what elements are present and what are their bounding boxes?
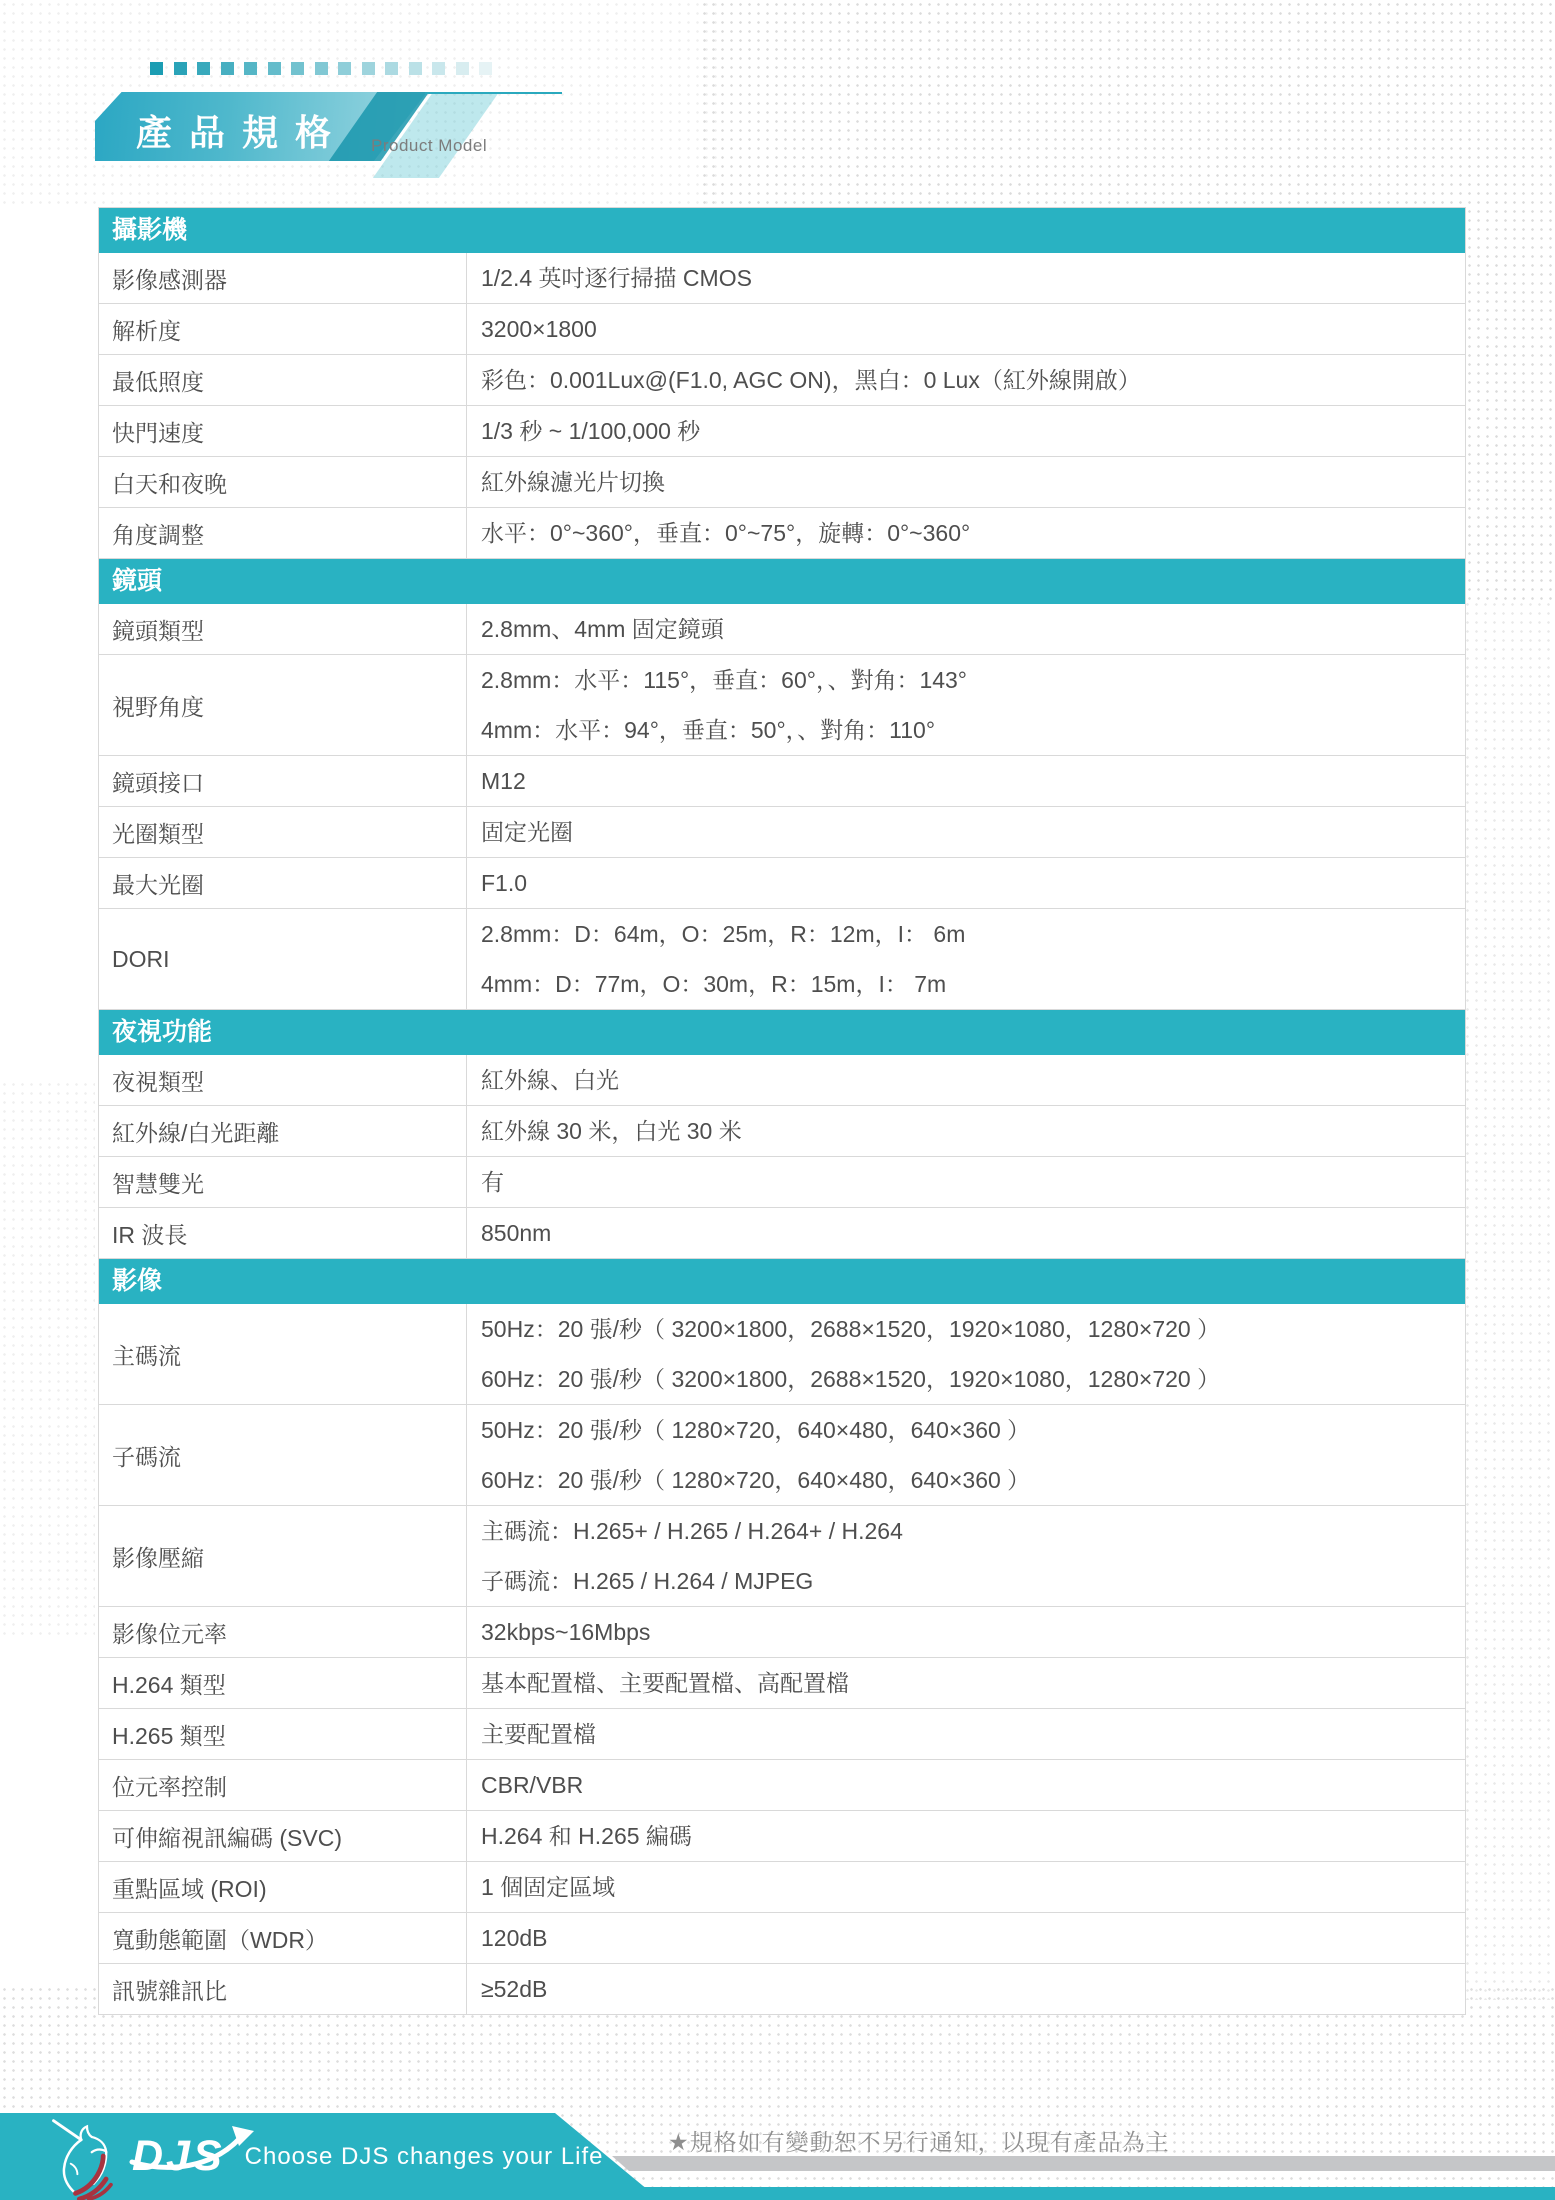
footer-note: ★規格如有變動恕不另行通知，以現有產品為主 (668, 2124, 1170, 2157)
spec-value-line: 2.8mm：水平：115°，垂直：60°，、對角：143° (481, 655, 1457, 705)
spec-value-line: 1/2.4 英吋逐行掃描 CMOS (481, 253, 1457, 303)
spec-row: 光圈類型固定光圈 (99, 807, 1465, 858)
spec-value: 120dB (467, 1913, 1465, 1963)
spec-value-line: 32kbps~16Mbps (481, 1607, 1457, 1657)
square-decoration (479, 62, 492, 75)
spec-row: 影像壓縮主碼流：H.265+ / H.265 / H.264+ / H.264子… (99, 1506, 1465, 1607)
spec-row: 主碼流50Hz：20 張/秒（ 3200×1800，2688×1520，1920… (99, 1304, 1465, 1405)
spec-label: H.265 類型 (99, 1709, 467, 1759)
spec-row: 解析度3200×1800 (99, 304, 1465, 355)
square-decoration (409, 62, 422, 75)
spec-value: 2.8mm：水平：115°，垂直：60°，、對角：143°4mm：水平：94°，… (467, 655, 1465, 755)
spec-value: F1.0 (467, 858, 1465, 908)
square-decoration (174, 62, 187, 75)
halftone-pattern (0, 1080, 95, 1640)
square-decoration (291, 62, 304, 75)
spec-row: 子碼流50Hz：20 張/秒（ 1280×720，640×480，640×360… (99, 1405, 1465, 1506)
spec-row: IR 波長850nm (99, 1208, 1465, 1259)
spec-label: 快門速度 (99, 406, 467, 456)
spec-value: 1/3 秒 ~ 1/100,000 秒 (467, 406, 1465, 456)
section-header: 夜視功能 (99, 1010, 1465, 1055)
square-decoration (362, 62, 375, 75)
spec-value-line: 60Hz：20 張/秒（ 1280×720，640×480，640×360 ） (481, 1455, 1457, 1505)
footer-banner: DJS Choose DJS changes your Life (0, 2113, 660, 2200)
spec-label: 紅外線/白光距離 (99, 1106, 467, 1156)
djs-logo-text: DJS (132, 2132, 225, 2180)
spec-row: H.265 類型主要配置檔 (99, 1709, 1465, 1760)
section-header: 影像 (99, 1259, 1465, 1304)
spec-label: 主碼流 (99, 1304, 467, 1404)
spec-label: 最低照度 (99, 355, 467, 405)
spec-value-line: 120dB (481, 1913, 1457, 1963)
square-decoration (221, 62, 234, 75)
spec-row: H.264 類型基本配置檔、主要配置檔、高配置檔 (99, 1658, 1465, 1709)
spec-label: 最大光圈 (99, 858, 467, 908)
spec-label: 白天和夜晚 (99, 457, 467, 507)
spec-value-line: 水平：0°~360°，垂直：0°~75°，旋轉：0°~360° (481, 508, 1457, 558)
spec-value-line: 主要配置檔 (481, 1709, 1457, 1759)
header-squares-decoration (150, 62, 503, 76)
spec-value: 1/2.4 英吋逐行掃描 CMOS (467, 253, 1465, 303)
footer-gray-strip (612, 2156, 1555, 2171)
spec-value-line: 850nm (481, 1208, 1457, 1258)
spec-value-line: 固定光圈 (481, 807, 1457, 857)
spec-value-line: 1/3 秒 ~ 1/100,000 秒 (481, 406, 1457, 456)
spec-row: 位元率控制CBR/VBR (99, 1760, 1465, 1811)
spec-label: 可伸縮視訊編碼 (SVC) (99, 1811, 467, 1861)
spec-label: 角度調整 (99, 508, 467, 558)
spec-label: H.264 類型 (99, 1658, 467, 1708)
spec-value-line: 基本配置檔、主要配置檔、高配置檔 (481, 1658, 1457, 1708)
spec-value-line: H.264 和 H.265 編碼 (481, 1811, 1457, 1861)
spec-value-line: 3200×1800 (481, 304, 1457, 354)
spec-value: 1 個固定區域 (467, 1862, 1465, 1912)
spec-label: 光圈類型 (99, 807, 467, 857)
spec-value-line: 2.8mm：D：64m，O：25m，R：12m，I： 6m (481, 909, 1457, 959)
spec-label: 位元率控制 (99, 1760, 467, 1810)
spec-label: 夜視類型 (99, 1055, 467, 1105)
spec-value: 50Hz：20 張/秒（ 3200×1800，2688×1520，1920×10… (467, 1304, 1465, 1404)
section-header: 鏡頭 (99, 559, 1465, 604)
spec-value-line: 紅外線濾光片切換 (481, 457, 1457, 507)
spec-label: 訊號雜訊比 (99, 1964, 467, 2014)
spec-value: 固定光圈 (467, 807, 1465, 857)
square-decoration (432, 62, 445, 75)
spec-value-line: 主碼流：H.265+ / H.265 / H.264+ / H.264 (481, 1506, 1457, 1556)
spec-value-line: CBR/VBR (481, 1760, 1457, 1810)
spec-value: 有 (467, 1157, 1465, 1207)
spec-value-line: F1.0 (481, 858, 1457, 908)
spec-label: 視野角度 (99, 655, 467, 755)
page-title: 產品規格 (136, 105, 348, 156)
spec-value-line: ≥52dB (481, 1964, 1457, 2014)
spec-row: 夜視類型紅外線、白光 (99, 1055, 1465, 1106)
spec-label: 影像感測器 (99, 253, 467, 303)
spec-value: 紅外線、白光 (467, 1055, 1465, 1105)
spec-value-line: 50Hz：20 張/秒（ 3200×1800，2688×1520，1920×10… (481, 1304, 1457, 1354)
spec-value-line: 紅外線、白光 (481, 1055, 1457, 1105)
spec-value: 2.8mm：D：64m，O：25m，R：12m，I： 6m4mm：D：77m，O… (467, 909, 1465, 1009)
spec-row: 白天和夜晚紅外線濾光片切換 (99, 457, 1465, 508)
header-banner: 產品規格 Product Model (95, 92, 575, 161)
spec-row: 重點區域 (ROI)1 個固定區域 (99, 1862, 1465, 1913)
spec-value-line: 50Hz：20 張/秒（ 1280×720，640×480，640×360 ） (481, 1405, 1457, 1455)
spec-value-line: 子碼流：H.265 / H.264 / MJPEG (481, 1556, 1457, 1606)
spec-row: 鏡頭類型2.8mm、4mm 固定鏡頭 (99, 604, 1465, 655)
spec-row: 訊號雜訊比≥52dB (99, 1964, 1465, 2014)
spec-row: 視野角度2.8mm：水平：115°，垂直：60°，、對角：143°4mm：水平：… (99, 655, 1465, 756)
spec-label: 子碼流 (99, 1405, 467, 1505)
spec-row: 寬動態範圍（WDR）120dB (99, 1913, 1465, 1964)
section-header: 攝影機 (99, 208, 1465, 253)
spec-row: 快門速度1/3 秒 ~ 1/100,000 秒 (99, 406, 1465, 457)
spec-value-line: M12 (481, 756, 1457, 806)
spec-row: 影像感測器1/2.4 英吋逐行掃描 CMOS (99, 253, 1465, 304)
spec-value: 2.8mm、4mm 固定鏡頭 (467, 604, 1465, 654)
spec-row: 智慧雙光有 (99, 1157, 1465, 1208)
spec-value: H.264 和 H.265 編碼 (467, 1811, 1465, 1861)
spec-row: 可伸縮視訊編碼 (SVC)H.264 和 H.265 編碼 (99, 1811, 1465, 1862)
spec-value-line: 有 (481, 1157, 1457, 1207)
spec-value: 水平：0°~360°，垂直：0°~75°，旋轉：0°~360° (467, 508, 1465, 558)
spec-label: IR 波長 (99, 1208, 467, 1258)
square-decoration (385, 62, 398, 75)
spec-value: CBR/VBR (467, 1760, 1465, 1810)
spec-value: 32kbps~16Mbps (467, 1607, 1465, 1657)
spec-table: 攝影機影像感測器1/2.4 英吋逐行掃描 CMOS解析度3200×1800最低照… (98, 207, 1466, 2015)
spec-row: 最低照度彩色：0.001Lux@(F1.0, AGC ON)，黑白：0 Lux（… (99, 355, 1465, 406)
spec-value: 850nm (467, 1208, 1465, 1258)
spec-row: 影像位元率32kbps~16Mbps (99, 1607, 1465, 1658)
spec-value: ≥52dB (467, 1964, 1465, 2014)
square-decoration (150, 62, 163, 75)
spec-label: 鏡頭類型 (99, 604, 467, 654)
spec-value: 50Hz：20 張/秒（ 1280×720，640×480，640×360 ）6… (467, 1405, 1465, 1505)
spec-value-line: 紅外線 30 米，白光 30 米 (481, 1106, 1457, 1156)
spec-value: 基本配置檔、主要配置檔、高配置檔 (467, 1658, 1465, 1708)
square-decoration (338, 62, 351, 75)
page-subtitle: Product Model (371, 136, 487, 156)
spec-label: 鏡頭接口 (99, 756, 467, 806)
square-decoration (456, 62, 469, 75)
spec-row: 鏡頭接口M12 (99, 756, 1465, 807)
spec-label: 重點區域 (ROI) (99, 1862, 467, 1912)
spec-value: 紅外線濾光片切換 (467, 457, 1465, 507)
banner-top-line (425, 92, 562, 94)
djs-unicorn-logo-icon (46, 2114, 126, 2200)
spec-label: 影像位元率 (99, 1607, 467, 1657)
spec-value: 3200×1800 (467, 304, 1465, 354)
spec-row: 紅外線/白光距離紅外線 30 米，白光 30 米 (99, 1106, 1465, 1157)
spec-value: M12 (467, 756, 1465, 806)
spec-label: 解析度 (99, 304, 467, 354)
spec-label: 寬動態範圍（WDR） (99, 1913, 467, 1963)
spec-row: 最大光圈F1.0 (99, 858, 1465, 909)
spec-value: 紅外線 30 米，白光 30 米 (467, 1106, 1465, 1156)
spec-value: 主要配置檔 (467, 1709, 1465, 1759)
spec-value-line: 1 個固定區域 (481, 1862, 1457, 1912)
djs-logo: DJS (132, 2132, 225, 2181)
square-decoration (244, 62, 257, 75)
spec-value-line: 2.8mm、4mm 固定鏡頭 (481, 604, 1457, 654)
spec-value: 主碼流：H.265+ / H.265 / H.264+ / H.264子碼流：H… (467, 1506, 1465, 1606)
spec-value-line: 4mm：水平：94°，垂直：50°，、對角：110° (481, 705, 1457, 755)
spec-row: DORI2.8mm：D：64m，O：25m，R：12m，I： 6m4mm：D：7… (99, 909, 1465, 1010)
spec-value-line: 4mm：D：77m，O：30m，R：15m，I： 7m (481, 959, 1457, 1009)
spec-value-line: 60Hz：20 張/秒（ 3200×1800，2688×1520，1920×10… (481, 1354, 1457, 1404)
square-decoration (315, 62, 328, 75)
spec-value-line: 彩色：0.001Lux@(F1.0, AGC ON)，黑白：0 Lux（紅外線開… (481, 355, 1457, 405)
spec-label: 影像壓縮 (99, 1506, 467, 1606)
spec-label: 智慧雙光 (99, 1157, 467, 1207)
square-decoration (197, 62, 210, 75)
spec-label: DORI (99, 909, 467, 1009)
footer-slogan: Choose DJS changes your Life (245, 2143, 604, 2171)
spec-sheet-page: 產品規格 Product Model 攝影機影像感測器1/2.4 英吋逐行掃描 … (0, 0, 1555, 2200)
spec-value: 彩色：0.001Lux@(F1.0, AGC ON)，黑白：0 Lux（紅外線開… (467, 355, 1465, 405)
spec-row: 角度調整水平：0°~360°，垂直：0°~75°，旋轉：0°~360° (99, 508, 1465, 559)
square-decoration (268, 62, 281, 75)
